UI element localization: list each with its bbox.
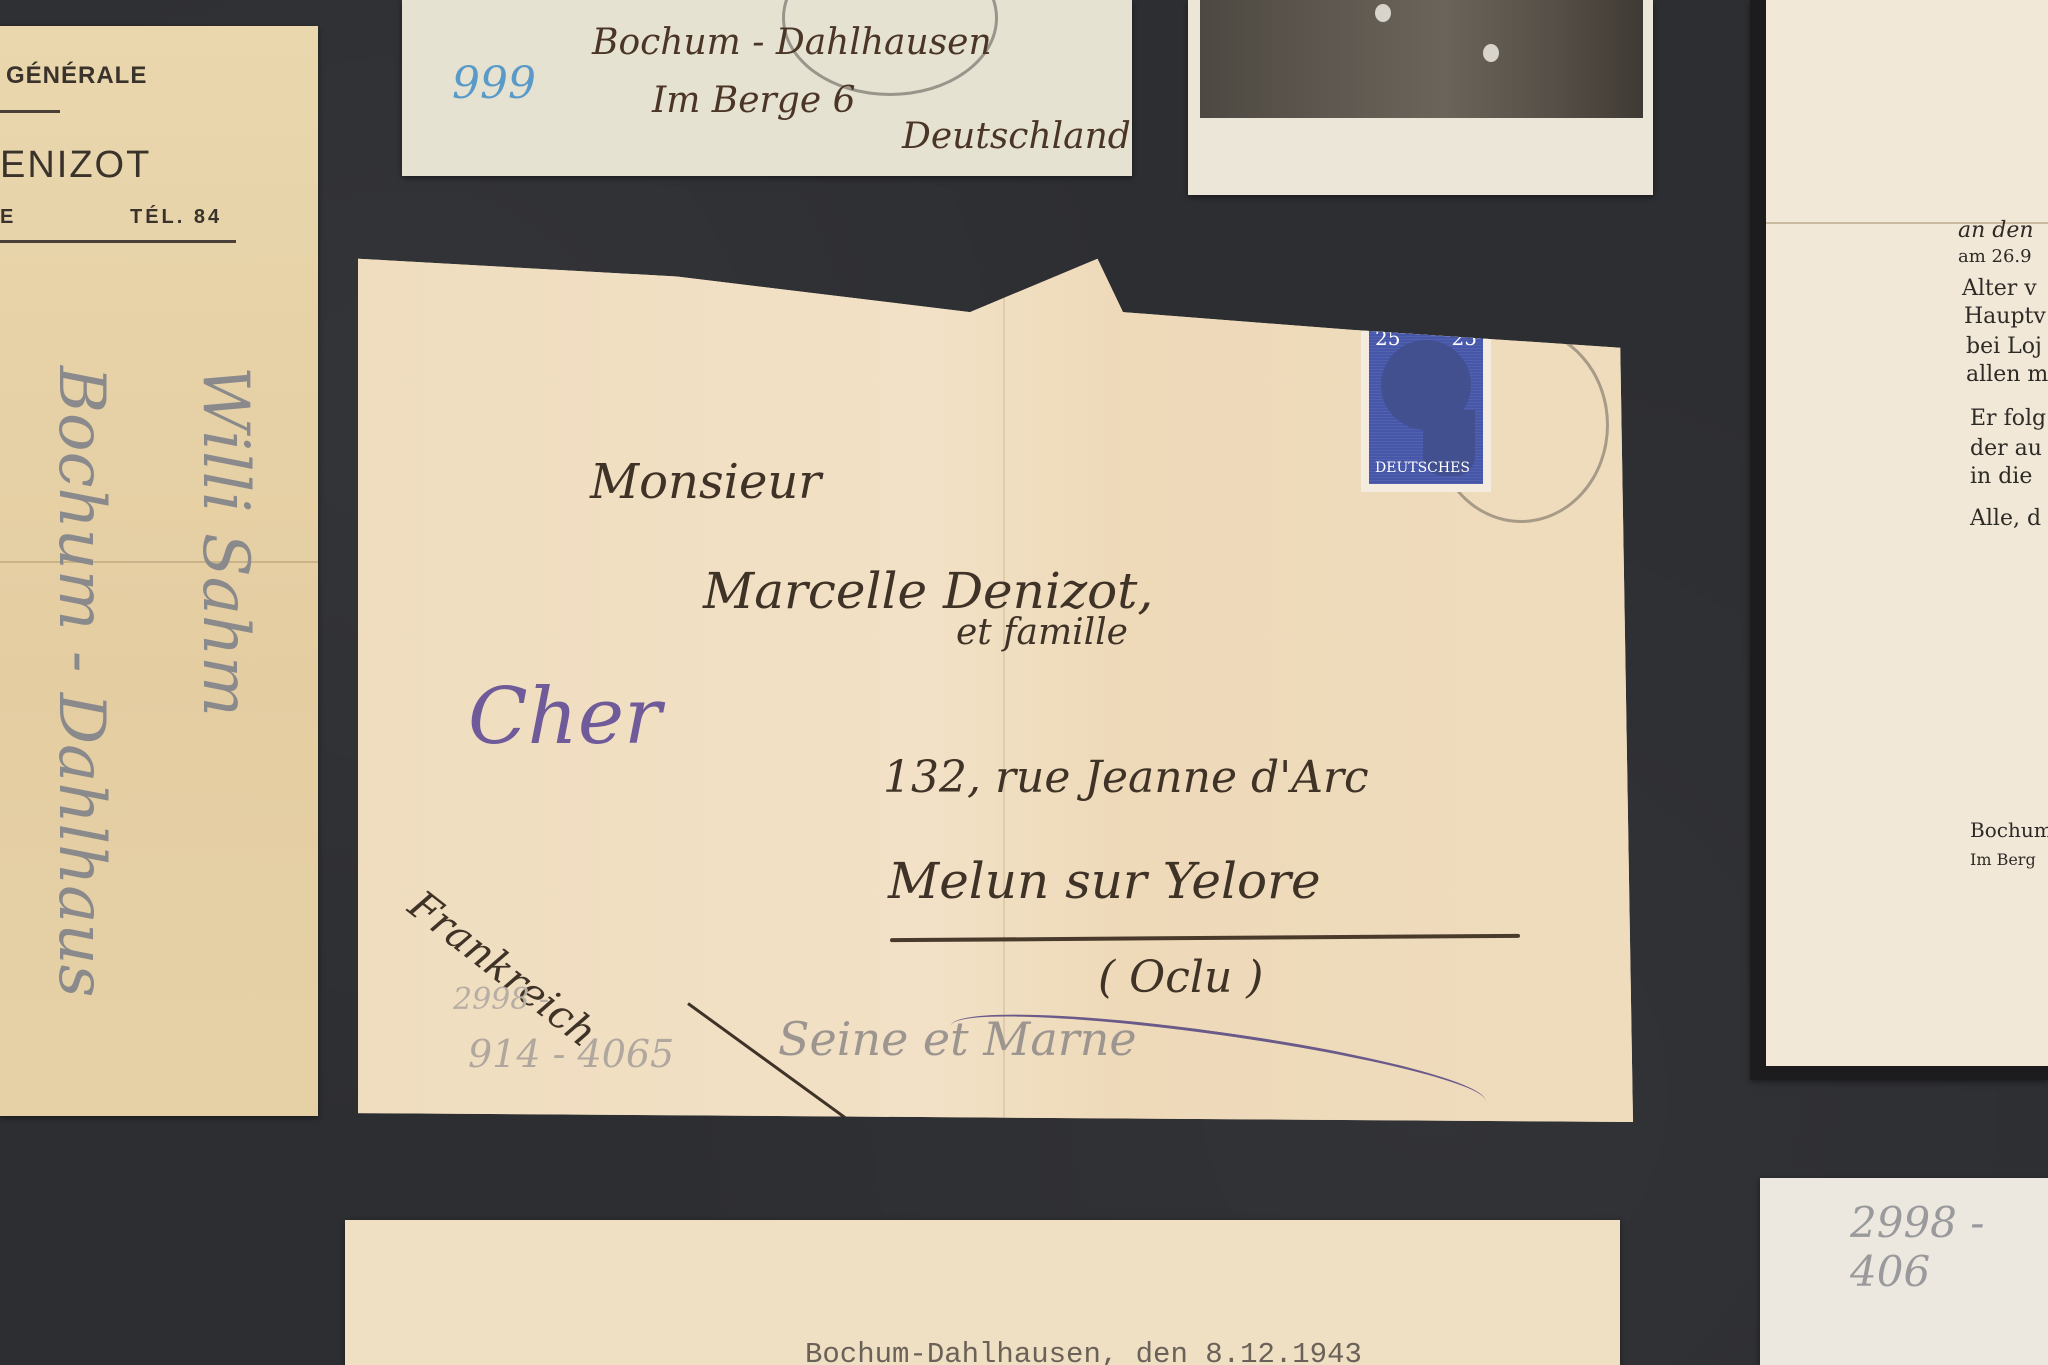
main-envelope: 25 25 DEUTSCHES Monsieur Marcelle Denizo… bbox=[358, 232, 1633, 1122]
city: Melun sur Yelore bbox=[888, 852, 1321, 910]
country-note: Frankreich bbox=[400, 882, 605, 1056]
notice-line: Er folg bbox=[1970, 406, 2046, 431]
photograph-soldier bbox=[1188, 0, 1653, 195]
divider bbox=[0, 240, 236, 243]
notice-footer: Im Berg bbox=[1970, 850, 2036, 869]
stamp-face: 25 25 DEUTSCHES bbox=[1369, 320, 1483, 484]
recipient-suffix: et famille bbox=[956, 612, 1128, 653]
letterhead-document: GÉNÉRALE ENIZOT E TÉL. 84 Willi Sahm Boc… bbox=[0, 26, 318, 1116]
address-line: Deutschland bbox=[902, 116, 1131, 157]
notice-page: an den am 26.9 Alter v Hauptv bei Loj al… bbox=[1766, 0, 2048, 1066]
card-bottom-right: 2998 - 406 bbox=[1760, 1178, 2048, 1365]
envelope-fragment-top: 999 Bochum - Dahlhausen Im Berge 6 Deuts… bbox=[402, 0, 1132, 176]
letterhead-phone: TÉL. 84 bbox=[130, 206, 222, 229]
salutation: Monsieur bbox=[590, 454, 821, 510]
notice-footer: Bochum bbox=[1970, 818, 2048, 842]
street-address: 132, rue Jeanne d'Arc bbox=[883, 752, 1369, 803]
pencil-line: Bochum - Dahlhaus bbox=[44, 366, 118, 997]
uniform-button bbox=[1483, 44, 1499, 62]
notice-line: an den bbox=[1958, 218, 2034, 243]
notice-line: bei Loj bbox=[1966, 334, 2042, 359]
divider bbox=[0, 110, 60, 113]
region: ( Oclu ) bbox=[1098, 952, 1263, 1003]
notice-line: Alter v bbox=[1962, 276, 2037, 301]
typed-letter: Bochum-Dahlhausen, den 8.12.1943 bbox=[345, 1220, 1620, 1365]
phone-label: TÉL. bbox=[130, 206, 185, 228]
crayon-mark: 999 bbox=[452, 58, 536, 109]
letterhead-line-fragment: E bbox=[0, 206, 13, 229]
notice-line: allen m bbox=[1966, 362, 2048, 387]
letterhead-name: ENIZOT bbox=[0, 144, 151, 187]
stamp-country: DEUTSCHES bbox=[1375, 460, 1470, 476]
address-line: Bochum - Dahlhausen bbox=[592, 22, 992, 63]
postage-stamp: 25 25 DEUTSCHES bbox=[1361, 312, 1491, 492]
paper-fold bbox=[1003, 272, 1005, 1122]
photo-image bbox=[1200, 0, 1643, 118]
notice-line: der au bbox=[1970, 436, 2042, 461]
pencil-number: 2998 - bbox=[453, 982, 549, 1017]
pencil-number: 914 - 4065 bbox=[468, 1032, 674, 1076]
notice-line: in die bbox=[1970, 464, 2032, 489]
uniform-button bbox=[1375, 4, 1391, 22]
letterhead-title: GÉNÉRALE bbox=[6, 62, 147, 90]
pencil-number: 2998 - 406 bbox=[1850, 1198, 2048, 1296]
phone-number: 84 bbox=[194, 206, 222, 228]
purple-strike bbox=[946, 995, 1490, 1133]
death-notice-document: an den am 26.9 Alter v Hauptv bei Loj al… bbox=[1750, 0, 2048, 1080]
pencil-line: Willi Sahm bbox=[188, 366, 262, 717]
address-line: Im Berge 6 bbox=[652, 80, 855, 121]
underline bbox=[890, 934, 1520, 942]
notice-line: am 26.9 bbox=[1958, 246, 2032, 267]
letter-date-header: Bochum-Dahlhausen, den 8.12.1943 bbox=[805, 1338, 1362, 1365]
notice-line: Alle, d bbox=[1970, 506, 2041, 531]
notice-line: Hauptv bbox=[1964, 304, 2046, 329]
purple-pencil-mark: Cher bbox=[468, 672, 661, 762]
